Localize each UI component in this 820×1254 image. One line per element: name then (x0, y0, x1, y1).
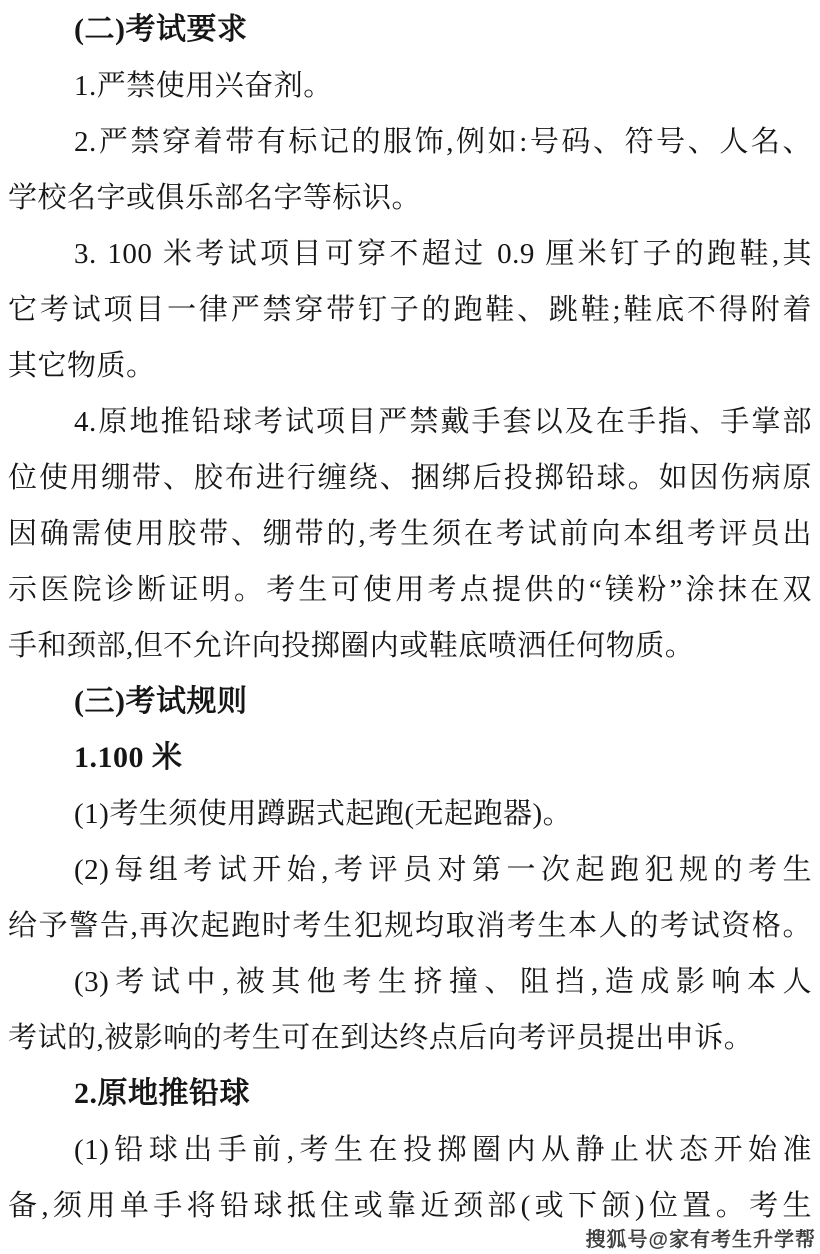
text-line: 它考试项目一律严禁穿带钉子的跑鞋、跳鞋;鞋底不得附着 (8, 282, 812, 338)
text-line: 位使用绷带、胶布进行缠绕、捆绑后投掷铅球。如因伤病原 (8, 450, 812, 506)
text-line: (1)考生须使用蹲踞式起跑(无起跑器)。 (8, 786, 812, 842)
text-line: 2.原地推铅球 (8, 1066, 812, 1122)
section-heading-exam-rules: (三)考试规则 (8, 674, 812, 730)
text-line: 因确需使用胶带、绷带的,考生须在考试前向本组考评员出 (8, 506, 812, 562)
watermark: 搜狐号@家有考生升学帮 (585, 1223, 816, 1252)
document-body: (二)考试要求1.严禁使用兴奋剂。2.严禁穿着带有标记的服饰,例如:号码、符号、… (0, 0, 820, 1234)
text-line: 4.原地推铅球考试项目严禁戴手套以及在手指、手掌部 (8, 394, 812, 450)
text-line: 给予警告,再次起跑时考生犯规均取消考生本人的考试资格。 (8, 898, 812, 954)
text-line: (3)考试中,被其他考生挤撞、阻挡,造成影响本人 (8, 954, 812, 1010)
document-page: (二)考试要求1.严禁使用兴奋剂。2.严禁穿着带有标记的服饰,例如:号码、符号、… (0, 0, 820, 1254)
text-line: 2.严禁穿着带有标记的服饰,例如:号码、符号、人名、 (8, 114, 812, 170)
text-line: 其它物质。 (8, 338, 812, 394)
text-line: (三)考试规则 (8, 674, 812, 730)
section-rule-100m-3: (3)考试中,被其他考生挤撞、阻挡,造成影响本人考试的,被影响的考生可在到达终点… (8, 954, 812, 1066)
text-line: (2)每组考试开始,考评员对第一次起跑犯规的考生 (8, 842, 812, 898)
section-rule-title-100m: 1.100 米 (8, 730, 812, 786)
text-line: 1.100 米 (8, 730, 812, 786)
section-requirement-3: 3. 100 米考试项目可穿不超过 0.9 厘米钉子的跑鞋,其它考试项目一律严禁… (8, 226, 812, 394)
section-rule-title-shotput: 2.原地推铅球 (8, 1066, 812, 1122)
text-line: 学校名字或俱乐部名字等标识。 (8, 170, 812, 226)
section-heading-exam-requirements: (二)考试要求 (8, 2, 812, 58)
text-line: (1)铅球出手前,考生在投掷圈内从静止状态开始准 (8, 1122, 812, 1178)
text-line: (二)考试要求 (8, 2, 812, 58)
text-line: 考试的,被影响的考生可在到达终点后向考评员提出申诉。 (8, 1010, 812, 1066)
section-requirement-2: 2.严禁穿着带有标记的服饰,例如:号码、符号、人名、学校名字或俱乐部名字等标识。 (8, 114, 812, 226)
text-line: 1.严禁使用兴奋剂。 (8, 58, 812, 114)
text-line: 示医院诊断证明。考生可使用考点提供的“镁粉”涂抹在双 (8, 562, 812, 618)
text-line: 3. 100 米考试项目可穿不超过 0.9 厘米钉子的跑鞋,其 (8, 226, 812, 282)
section-rule-shotput-1: (1)铅球出手前,考生在投掷圈内从静止状态开始准备,须用单手将铅球抵住或靠近颈部… (8, 1122, 812, 1234)
section-requirement-1: 1.严禁使用兴奋剂。 (8, 58, 812, 114)
section-rule-100m-1: (1)考生须使用蹲踞式起跑(无起跑器)。 (8, 786, 812, 842)
section-requirement-4: 4.原地推铅球考试项目严禁戴手套以及在手指、手掌部位使用绷带、胶布进行缠绕、捆绑… (8, 394, 812, 674)
text-line: 手和颈部,但不允许向投掷圈内或鞋底喷洒任何物质。 (8, 618, 812, 674)
section-rule-100m-2: (2)每组考试开始,考评员对第一次起跑犯规的考生给予警告,再次起跑时考生犯规均取… (8, 842, 812, 954)
